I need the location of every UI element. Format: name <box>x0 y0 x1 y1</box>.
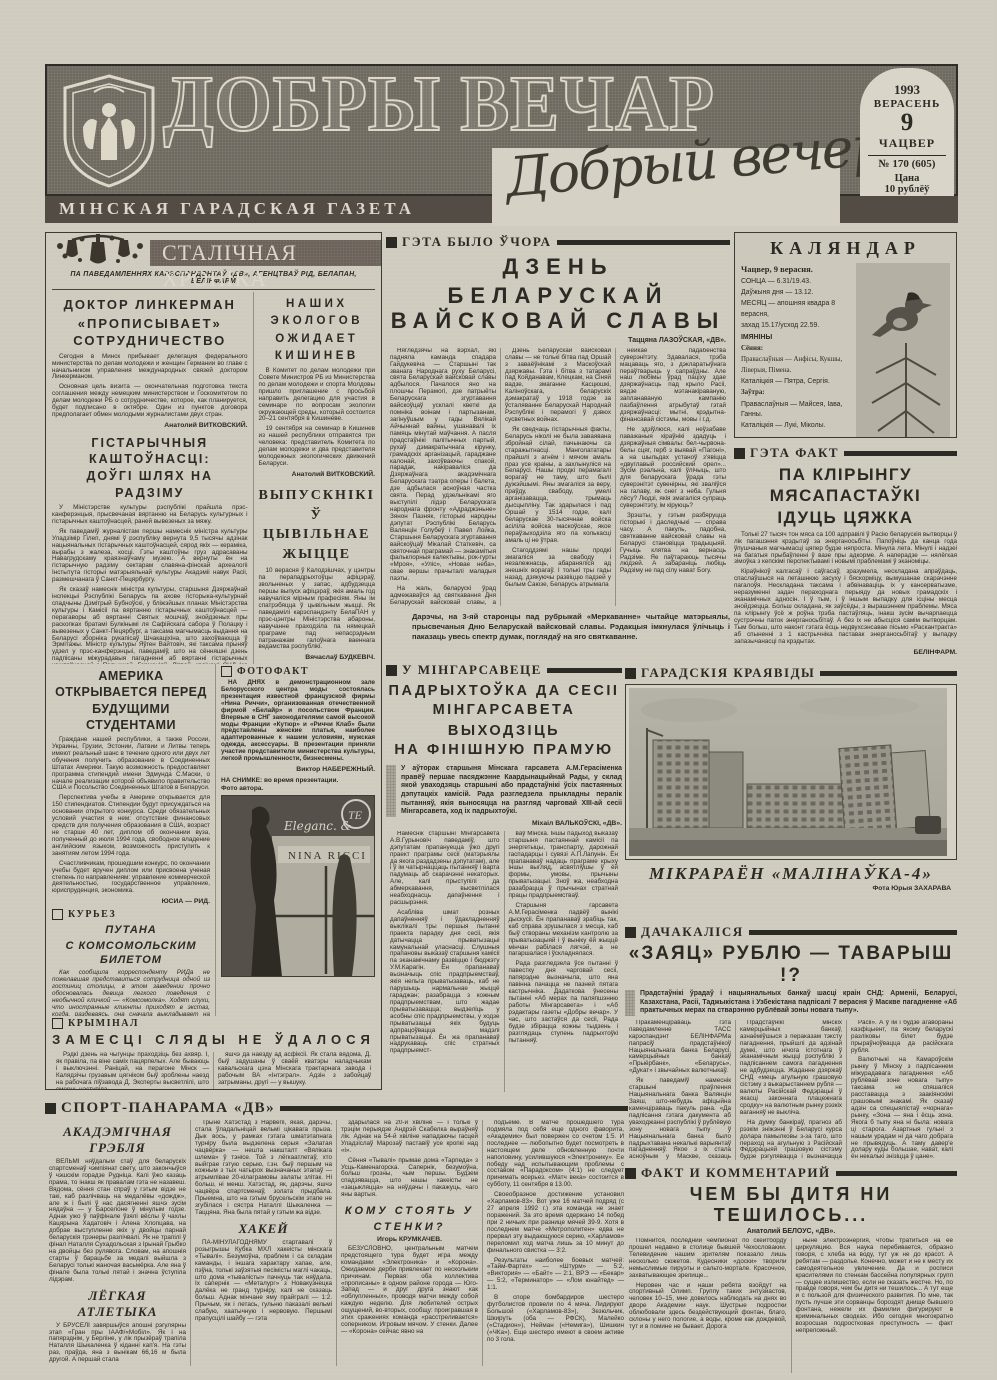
kicker-square-icon <box>45 1103 56 1114</box>
chronicle-header: СТАЛІЧНАЯ ХРОНІКА <box>150 240 381 266</box>
editorial-note: Дарэчы, на 3-яй старонцы пад рубрыкай «М… <box>412 612 730 643</box>
article-paragraph: яшчэ да наезду ад асфіксіі. Як стала вяд… <box>218 1052 371 1087</box>
article-paragraph: На жаль, беларускі ўрад адмежаваўся ад с… <box>390 586 496 606</box>
kicker-mingorsoviet: У МІНГАРСАВЕЦЕ <box>402 662 542 678</box>
article-byline: Игорь КРУМКАЧЕВ. <box>341 1236 478 1243</box>
kicker-kuryez: КУРЬЕЗ <box>68 909 116 920</box>
lanterns-icon <box>52 234 148 268</box>
date-box: 1993 ВЕРАСЕНЬ 9 ЧАЦВЕР № 170 (605) Цана … <box>860 68 954 196</box>
article-title-linkerman-1: ДОКТОР ЛИНКЕРМАН <box>52 297 248 314</box>
article-paragraph: Як сведчаць гістарычныя факты, Беларусь … <box>505 427 611 545</box>
calendar-title: КАЛЯНДАР <box>741 238 950 259</box>
calendar-today-label: Сёння: <box>741 344 852 354</box>
section-capital-chronicle: СТАЛІЧНАЯ ХРОНІКА ПА ПАВЕДАМЛЕННЯХ КАРЭС… <box>45 232 382 1090</box>
article-paragraph: На думку банкіраў, прагноз аб рэзкім зні… <box>740 1120 842 1160</box>
kicker-cityscapes: ГАРАДСКІЯ КРАЯВІДЫ <box>641 665 815 681</box>
article-title-fact-3: ІДУЦЬ ЦЯЖКА <box>734 507 957 528</box>
article-byline: ЮСИА — РИД. <box>52 898 210 905</box>
kicker-bar <box>820 671 957 676</box>
article-title-heritage-1: ГІСТАРЫЧНЫЯ КАШТОЎНАСЦІ: <box>52 435 248 468</box>
article-paragraph: ПА-МІНУЛАГОДНЯМУ стартавалі ў розыгрышы … <box>195 1240 332 1323</box>
kicker-square-icon <box>386 237 397 248</box>
article-lead: Прадстаўнікі ўрадаў і нацыянальных банка… <box>640 990 957 1016</box>
article-paragraph: Дзень Беларускай вайсковай славы — не то… <box>505 348 611 424</box>
section-sport-panorama: СПОРТ-ПАНАРАМА «ДВ» АКАДЭМІЧНАЯ ГРЭБЛЯ В… <box>45 1098 628 1372</box>
article-lead: У аўторак старшыня Мінскага гарсавета А.… <box>401 765 622 817</box>
article-byline: БЕЛІНФАРМ. <box>734 649 957 656</box>
article-paragraph: Асабліва шмат розных дапаўненняў і ўдакл… <box>390 910 500 1055</box>
section-calendar: КАЛЯНДАР Чацвер, 9 верасня. СОНЦА — 6.31… <box>734 232 957 438</box>
calendar-tomorrow-label: Заўтра: <box>741 388 852 398</box>
article-paragraph: подъеме. В матче прошедшего тура подмяла… <box>487 1120 624 1189</box>
article-title-graduates: ВЫПУСКНІКІ Ў ЦЫВІЛЬНАЕ ЖЫЦЦЕ <box>259 486 375 564</box>
kicker-fact-comment: ФАКТ И КОММЕНТАРИЙ <box>641 1165 831 1181</box>
article-title-putana-1: ПУТАНА <box>52 923 210 937</box>
main-headline-2: ВАЙСКОВАЙ СЛАВЫ <box>386 307 730 336</box>
photo-brand-text: NINA RICCI <box>288 850 367 862</box>
calendar-namedays-header: ІМЯНІНЫ <box>741 333 852 343</box>
article-paragraph: Трыне Хатэстад з Нарвегіі, якая, дарэчы,… <box>195 1120 332 1217</box>
article-paragraph: Як паведаміў намеснік старшыні праўлення… <box>629 1078 731 1160</box>
fashion-presentation-photo: NINA RICCI ТЕ Eleganc. & <box>221 795 375 977</box>
main-headline-1: ДЗЕНЬ БЕЛАРУСКАЙ <box>386 253 730 310</box>
section-fact-comment: ФАКТ И КОММЕНТАРИЙ ЧЕМ БЫ ДИТЯ НИ ТЕШИЛО… <box>625 1163 957 1373</box>
kicker-square-icon <box>52 1018 63 1029</box>
article-paragraph: У Міністэрстве культуры рэспублікі прайш… <box>52 505 248 526</box>
article-byline: Анатолий ВИТКОВСКИЙ. <box>52 422 248 429</box>
article-paragraph: У БРУСЕЛІ завяршыўся апошні рэгулярны эт… <box>49 1323 186 1365</box>
minsk-coat-of-arms-icon <box>59 72 159 190</box>
article-paragraph: Граждане нашей республики, а также Росси… <box>52 737 210 792</box>
article-paragraph: В споре бомбардиров шестеро футболистов … <box>487 1295 624 1343</box>
issue-weekday: ЧАЦВЕР <box>860 136 954 151</box>
calendar-sun: СОНЦА — 6.31/19.43. <box>741 277 852 287</box>
article-paragraph: Сегодня в Минск прибывает делегация феде… <box>52 354 248 382</box>
kicker-bar <box>749 930 957 935</box>
article-paragraph: Результаты наиболее боевых матчей: «Тайм… <box>487 1258 624 1293</box>
newspaper-tagline: МІНСКАЯ ГАРАДСКАЯ ГАЗЕТА <box>59 199 415 219</box>
calendar-today-catholic: Каталіцкія — Пятра, Сергія. <box>741 377 852 387</box>
article-paragraph: Рэдкі дзень на чыгунцы праходзіць без ах… <box>56 1052 209 1090</box>
kicker-square-icon <box>52 909 63 920</box>
article-paragraph: Перспектива учебы в Америке открывается … <box>52 795 210 857</box>
article-title-ecologists: НАШИХ ЭКОЛОГОВ ОЖИДАЕТ КИШИНЕВ <box>259 296 375 365</box>
article-paragraph: Валютчыкі на Камароўскім рынку ў Мінску … <box>851 1057 953 1160</box>
article-title-kryminal: ЗАМЕСЦІ СЛЯДЫ НЕ ЎДАЛОСЯ <box>52 1032 375 1049</box>
kicker-main-story: ГЭТА БЫЛО ЎЧОРА <box>402 234 552 250</box>
article-byline: Анатолий БЕЛОУС, «ДВ». <box>625 1228 957 1235</box>
bird-photo <box>856 263 950 438</box>
calendar-day-length: Даўжыня дня — 13.12. <box>741 288 852 298</box>
issue-year: 1993 <box>860 82 954 98</box>
article-paragraph: НА ДНЯХ в демонстрационном зале Белорусс… <box>221 680 375 763</box>
kicker-sport: СПОРТ-ПАНАРАМА «ДВ» <box>61 1100 275 1117</box>
article-title-fact-2: МЯСАПАСТАЎКІ <box>734 485 957 506</box>
section-cityscapes: ГАРАДСКІЯ КРАЯВІДЫ <box>625 663 957 918</box>
photo-credit: Фота Юрыя ЗАХАРАВА <box>625 885 951 892</box>
calendar-moon: МЕСЯЦ — апошняя квадра 8 верасня, <box>741 299 852 320</box>
article-paragraph: Прадстаўнікі мінскіх камерцыйных банкаў,… <box>740 1020 842 1117</box>
kicker-square-icon <box>625 668 636 679</box>
article-paragraph: БЕЗУСЛОВНО, центральным матчем предстоящ… <box>341 1246 478 1336</box>
article-paragraph: Стагоддзямі нашы продкі змагаліся за сва… <box>505 548 611 590</box>
kicker-fact: ГЭТА ФАКТ <box>750 445 839 461</box>
article-paragraph: Неровен час и наши ребята взойдут на спо… <box>629 1283 787 1331</box>
article-title-america: АМЕРИКА ОТКРЫВАЕТСЯ ПЕРЕД БУДУЩИМИ СТУДЕ… <box>52 668 210 733</box>
price-value: 10 рублёў <box>860 184 954 195</box>
article-paragraph: Пракаменціраваць гэта паведамленне ТАСС … <box>629 1020 731 1075</box>
newspaper-page: ДОБРЫ ВЕЧАР МІНСКАЯ ГАРАДСКАЯ ГАЗЕТА Доб… <box>0 0 997 1380</box>
article-paragraph: Своеобразное достижение установил «Харла… <box>487 1192 624 1254</box>
section-main-story: ГЭТА БЫЛО ЎЧОРА ДЗЕНЬ БЕЛАРУСКАЙ ВАЙСКОВ… <box>386 232 730 656</box>
calendar-date: Чацвер, 9 верасня. <box>741 263 852 276</box>
article-title-linkerman-2: «ПРОПИСЫВАЕТ» СОТРУДНИЧЕСТВО <box>52 316 248 350</box>
kicker-square-icon <box>734 448 745 459</box>
calendar-tomorrow-orthodox: Праваслаўныя — Майсея, Іава, Ганны. <box>741 400 852 421</box>
article-paragraph: Рада разгледзела ўсе пытанні ў павестку … <box>509 961 619 1044</box>
kicker-bar <box>280 1106 628 1111</box>
sport-subsection-athletics: ЛЁГКАЯ АТЛЕТЫКА <box>49 1288 186 1320</box>
section-fact: ГЭТА ФАКТ ПА КЛІРЫНГУ МЯСАПАСТАЎКІ ІДУЦЬ… <box>734 443 957 661</box>
article-paragraph: Як паведаміў журналістам першы намеснік … <box>52 529 248 584</box>
kicker-bar <box>836 1171 957 1176</box>
kicker-bar <box>557 240 730 245</box>
article-paragraph: Расіі». А ў ім і будзе агавораны каэфіцы… <box>851 1020 953 1055</box>
calendar-tomorrow-catholic: Каталіцкія — Лукі, Міколы. <box>741 421 852 431</box>
article-title-session-2: МІНГАРСАВЕТА ВЫХОДЗІЦЬ <box>386 700 622 742</box>
article-paragraph: 19 сентября на семинар в Кишинев из наше… <box>259 426 375 468</box>
kicker-fotofakt: ФОТОФАКТ <box>237 666 309 677</box>
sport-subsection-hockey: ХАКЕЙ <box>195 1221 332 1237</box>
datebox-divider <box>868 155 946 156</box>
article-byline: Таццяна ЛАЗОЎСКАЯ, «ДВ». <box>386 337 726 344</box>
sport-article-title-wall: КОМУ СТОЯТЬ У СТЕНКИ? <box>341 1204 478 1235</box>
article-paragraph: Як сказаў намеснік міністра культуры, ст… <box>52 587 248 664</box>
photo-credit: Фото автора. <box>221 785 375 792</box>
section-zayats: ДАЧАКАЛІСЯ «ЗАЯЦ» РУБЛЮ — ТАВАРЫШ !? Пра… <box>625 922 957 1160</box>
kicker-bar <box>844 451 957 456</box>
article-paragraph: Нягледзячы на вэрхал, які падняла каманд… <box>390 348 496 583</box>
article-paragraph: здарылася на 20-й хвіліне — і толькі ў т… <box>341 1120 478 1155</box>
article-paragraph: Толькі 27 тысяч тон мяса са 100 адправіл… <box>734 532 957 567</box>
article-title-session-3: НА ФІНІШНУЮ ПРАМУЮ <box>386 740 622 761</box>
kicker-square-icon <box>221 666 232 677</box>
photo-caption: МІКРАРАЁН «МАЛІНАЎКА-4» <box>625 864 957 884</box>
kicker-kryminal: КРЫМІНАЛ <box>68 1018 139 1029</box>
lead-accent-bar <box>625 990 635 1016</box>
article-paragraph: 10 верасня ў Калодзішчах, у цэнтры па пе… <box>259 568 375 651</box>
article-title-zayats: «ЗАЯЦ» РУБЛЮ — ТАВАРЫШ !? <box>625 943 957 987</box>
calendar-moon-times: захад 15.17/усход 22.59. <box>741 321 852 331</box>
photo-caption: НА СНИМКЕ: во время презентации. <box>221 777 375 784</box>
lead-accent-bar <box>386 765 396 817</box>
article-byline: Міхаіл ВАЛЬКОЎСКІ, «ДВ». <box>386 820 622 827</box>
article-paragraph: нейкае падабенства суверэнітэту. Здавала… <box>620 348 726 424</box>
article-byline: Вячаслаў БУДКЕВІЧ. <box>259 654 375 661</box>
article-paragraph: Сёння «Тывалі» прымае дома «Тарпеда» з У… <box>341 1158 478 1200</box>
article-paragraph: ныне электроэнергия, чтобы тратиться на … <box>796 1238 954 1335</box>
article-byline: Анатолий ВИТКОВСКИЙ. <box>259 471 375 478</box>
kicker-bar <box>547 668 622 673</box>
article-title-heritage-2: ДОЎГІ ШЛЯХ НА РАДЗІМУ <box>52 468 248 501</box>
calendar-today-orthodox: Праваслаўныя — Анфісы, Кукшы, Ліверыя, П… <box>741 355 852 376</box>
article-paragraph: В Комитет по делам молодежи при Совете М… <box>259 368 375 423</box>
article-paragraph: Не здзіўлюся, калі неўзабаве паважаныя к… <box>620 427 726 510</box>
microdistrict-photo <box>629 688 947 856</box>
issue-number: № 170 (605) <box>860 158 954 170</box>
article-paragraph: ваў Мінска. Іншы падыход выказаў старшын… <box>509 831 619 900</box>
article-paragraph: Старшыня гарсавета А.М.Герасіменка падвё… <box>509 903 619 958</box>
sport-subsection-rowing: АКАДЭМІЧНАЯ ГРЭБЛЯ <box>49 1124 186 1156</box>
kicker-square-icon <box>625 927 636 938</box>
article-title-session-1: ПАДРЫХТОЎКА ДА СЕСІІ <box>386 681 622 702</box>
section-mingorsoviet: У МІНГАРСАВЕЦЕ ПАДРЫХТОЎКА ДА СЕСІІ МІНГ… <box>386 660 622 1092</box>
article-paragraph: Основная цель визита — окончательная под… <box>52 384 248 419</box>
article-byline: Виктор НАБЕРЕЖНЫЙ. <box>221 766 375 773</box>
article-paragraph: Счастливчикам, прошедшим конкурс, по око… <box>52 861 210 896</box>
article-paragraph: Намеснік старшыні Мінгарсавета А.В.Гурын… <box>390 831 500 907</box>
article-paragraph: Как сообщила корреспонденту РИДа не поже… <box>52 970 210 1016</box>
price-label: Цана <box>860 173 954 184</box>
article-title-fact-1: ПА КЛІРЫНГУ <box>734 464 957 485</box>
issue-day: 9 <box>860 110 954 136</box>
article-title-putana-2: С КОМСОМОЛЬСКИМ БИЛЕТОМ <box>52 939 210 968</box>
article-paragraph: Кіраўнікоў калгасаў і саўгасаў, зразумел… <box>734 569 957 645</box>
article-paragraph: ВЕЛЬМІ няўдалым стаў для беларускіх спар… <box>49 1159 186 1284</box>
article-title-fact-comment: ЧЕМ БЫ ДИТЯ НИ ТЕШИЛОСЬ... <box>625 1184 957 1226</box>
kicker-zayats: ДАЧАКАЛІСЯ <box>641 924 744 940</box>
article-paragraph: Помнится, последний чемпионат по скейтбо… <box>629 1238 787 1280</box>
kicker-square-icon <box>386 665 397 676</box>
photo-brand-text: Eleganc. & <box>283 819 352 833</box>
article-paragraph: Зрэшты, у гэтым разбяруцца гісторыкі і д… <box>620 513 726 575</box>
